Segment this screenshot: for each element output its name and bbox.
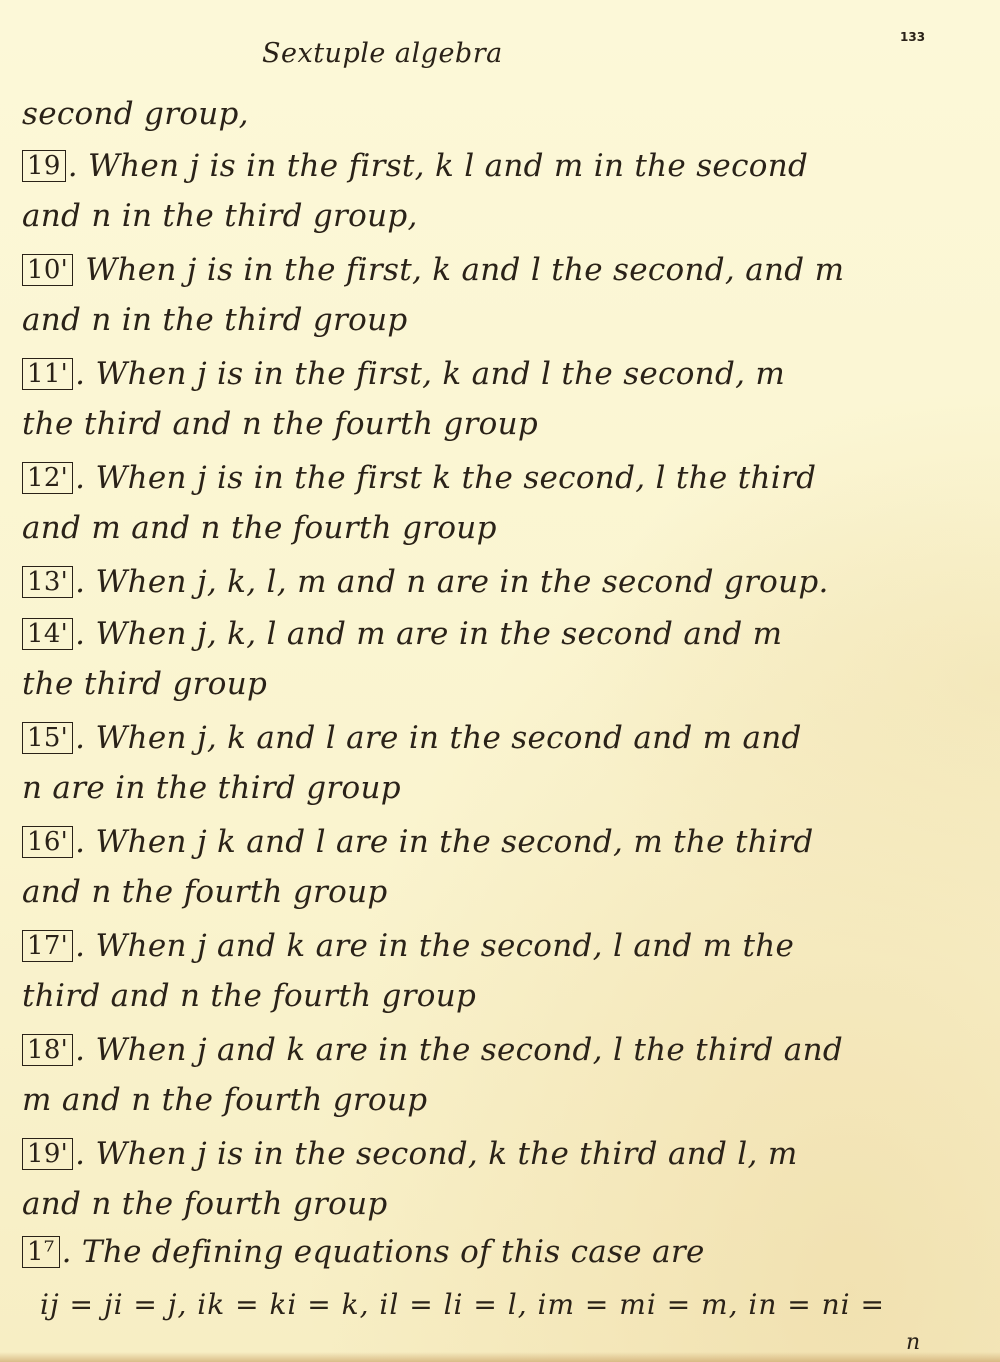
page-title: Sextuple algebra <box>262 38 503 69</box>
text-line: third and n the fourth group <box>22 976 476 1016</box>
case-label: 11' <box>22 358 73 390</box>
case-label: 10' <box>22 254 73 286</box>
line-text: . When j, k, l, m and n are in the secon… <box>75 564 829 600</box>
line-text: and m and n the fourth group <box>22 510 497 546</box>
line-text: . When j, k, l and m are in the second a… <box>75 616 782 652</box>
page-number: 133 <box>900 30 925 44</box>
case-label: 12' <box>22 462 73 494</box>
case-item: 11'. When j is in the first, k and l the… <box>22 354 785 394</box>
line-text: . When j and k are in the second, l and … <box>75 928 794 964</box>
case-label: 19' <box>22 1138 73 1170</box>
case-item: 19'. When j is in the second, k the thir… <box>22 1134 798 1174</box>
text-line: and n in the third group <box>22 300 408 340</box>
text-line: and n in the third group, <box>22 196 418 236</box>
line-text: the third group <box>22 666 267 702</box>
case-item: 19. When j is in the first, k l and m in… <box>22 146 808 186</box>
line-text: . When j is in the first, k and l the se… <box>75 356 785 392</box>
case-label: 1⁷ <box>22 1236 60 1268</box>
case-item: 16'. When j k and l are in the second, m… <box>22 822 814 862</box>
case-item: 12'. When j is in the first k the second… <box>22 458 816 498</box>
line-text: . The defining equations of this case ar… <box>62 1234 705 1270</box>
line-text: m and n the fourth group <box>22 1082 427 1118</box>
line-text: . When j, k and l are in the second and … <box>75 720 802 756</box>
case-item: 18'. When j and k are in the second, l t… <box>22 1030 843 1070</box>
case-item: 14'. When j, k, l and m are in the secon… <box>22 614 782 654</box>
text-line: and n the fourth group <box>22 1184 388 1224</box>
case-label: 18' <box>22 1034 73 1066</box>
line-text: . When j is in the first, k l and m in t… <box>68 148 808 184</box>
line-text: second group, <box>22 96 249 132</box>
text-line: m and n the fourth group <box>22 1080 427 1120</box>
defining-equations: ij = ji = j, ik = ki = k, il = li = l, i… <box>40 1288 885 1321</box>
text-line: the third group <box>22 664 267 704</box>
line-text: third and n the fourth group <box>22 978 476 1014</box>
text-line: n are in the third group <box>22 768 401 808</box>
page-edge <box>0 1352 1000 1362</box>
line-text: . When j is in the first k the second, l… <box>75 460 816 496</box>
case-label: 16' <box>22 826 73 858</box>
case-item: 10' When j is in the first, k and l the … <box>22 250 844 290</box>
line-text: . When j k and l are in the second, m th… <box>75 824 813 860</box>
line-text: . When j is in the second, k the third a… <box>75 1136 797 1172</box>
line-text: the third and n the fourth group <box>22 406 538 442</box>
line-text: . When j and k are in the second, l the … <box>75 1032 843 1068</box>
text-line: the third and n the fourth group <box>22 404 538 444</box>
case-item: 1⁷. The defining equations of this case … <box>22 1232 705 1272</box>
line-text: n are in the third group <box>22 770 401 806</box>
text-line: and m and n the fourth group <box>22 508 497 548</box>
case-label: 13' <box>22 566 73 598</box>
text-line: second group, <box>22 94 249 134</box>
case-label: 15' <box>22 722 73 754</box>
line-text: When j is in the first, k and l the seco… <box>75 252 844 288</box>
line-text: and n in the third group <box>22 302 408 338</box>
case-item: 17'. When j and k are in the second, l a… <box>22 926 794 966</box>
line-text: and n in the third group, <box>22 198 418 234</box>
line-text: and n the fourth group <box>22 1186 388 1222</box>
text-line: and n the fourth group <box>22 872 388 912</box>
case-label: 19 <box>22 150 66 182</box>
case-item: 15'. When j, k and l are in the second a… <box>22 718 802 758</box>
case-label: 14' <box>22 618 73 650</box>
line-text: and n the fourth group <box>22 874 388 910</box>
manuscript-page: Sextuple algebra 133 second group, 19. W… <box>0 0 1000 1362</box>
case-item: 13'. When j, k, l, m and n are in the se… <box>22 562 829 602</box>
case-label: 17' <box>22 930 73 962</box>
